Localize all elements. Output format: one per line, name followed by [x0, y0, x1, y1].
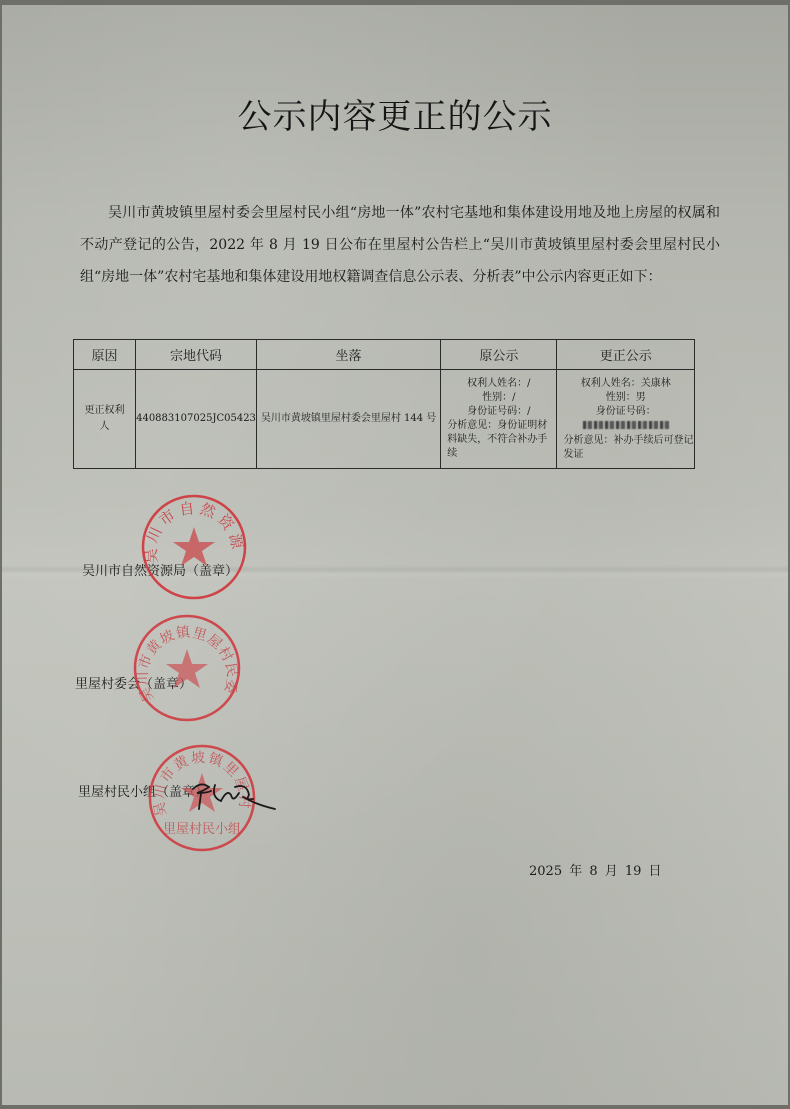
corrected-id-label: 身份证号码：	[557, 405, 694, 419]
original-gender: 性别：/	[441, 391, 556, 405]
cell-reason: 更正权利人	[74, 370, 136, 469]
header-parcel-code: 宗地代码	[136, 340, 257, 370]
notice-paragraph: 吴川市黄坡镇里屋村委会里屋村民小组“房地一体”农村宅基地和集体建设用地及地上房屋…	[80, 197, 720, 293]
group-seal-bottom-text: 里屋村民小组	[163, 821, 241, 837]
cell-original: 权利人姓名：/ 性别：/ 身份证号码：/ 分析意见：身份证明材料缺失，不符合补办…	[441, 370, 557, 469]
committee-seal-label: 里屋村委会（盖章）	[75, 673, 192, 692]
document-title: 公示内容更正的公示	[2, 89, 788, 138]
original-opinion: 分析意见：身份证明材料缺失，不符合补办手续	[441, 419, 556, 461]
bureau-seal-label: 吴川市自然资源局（盖章）	[82, 560, 238, 579]
header-corrected: 更正公示	[557, 340, 695, 370]
reason-text: 更正权利人	[83, 403, 127, 435]
corrected-gender: 性别：男	[557, 391, 694, 405]
cell-parcel-code: 440883107025JC05423	[136, 370, 257, 469]
redacted-id-number	[583, 421, 669, 429]
cell-location: 吴川市黄坡镇里屋村委会里屋村 144 号	[256, 370, 440, 469]
handwritten-signature	[187, 775, 282, 815]
bureau-seal: 吴川市自然资源局	[140, 493, 248, 601]
original-owner-name: 权利人姓名：/	[441, 377, 556, 391]
document-date: 2025 年 8 月 19 日	[529, 860, 662, 879]
corrected-opinion: 分析意见：补办手续后可登记发证	[557, 434, 694, 462]
table-row: 更正权利人 440883107025JC05423 吴川市黄坡镇里屋村委会里屋村…	[74, 370, 695, 469]
table-header-row: 原因 宗地代码 坐落 原公示 更正公示	[74, 340, 695, 370]
svg-text:吴川市自然资源局: 吴川市自然资源局	[140, 493, 247, 564]
header-reason: 原因	[74, 340, 136, 370]
bureau-seal-text: 吴川市自然资源局	[140, 493, 247, 564]
correction-table: 原因 宗地代码 坐落 原公示 更正公示 更正权利人 440883107025JC…	[73, 339, 695, 469]
header-original: 原公示	[441, 340, 557, 370]
committee-seal: 吴川市黄坡镇里屋村民委员会	[132, 613, 242, 723]
cell-corrected: 权利人姓名：关康林 性别：男 身份证号码： 分析意见：补办手续后可登记发证	[557, 370, 695, 469]
document-page: 公示内容更正的公示 吴川市黄坡镇里屋村委会里屋村民小组“房地一体”农村宅基地和集…	[2, 5, 788, 1105]
header-location: 坐落	[256, 340, 440, 370]
corrected-owner-name: 权利人姓名：关康林	[557, 377, 694, 391]
original-id-number: 身份证号码：/	[441, 405, 556, 419]
